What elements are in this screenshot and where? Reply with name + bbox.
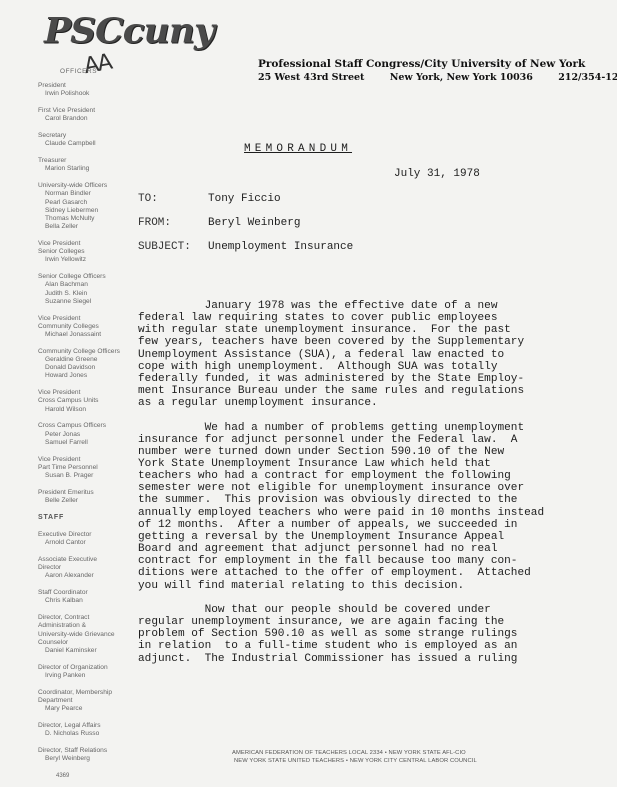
officers-name: Judith S. Klein [38, 290, 138, 298]
officers-name: Susan B. Prager [38, 472, 138, 480]
paragraph-2: We had a number of problems getting unem… [138, 422, 613, 592]
officers-title: Vice President [38, 389, 138, 397]
staff-list: Executive DirectorArnold CantorAssociate… [38, 531, 138, 763]
officers-title: Part Time Personnel [38, 464, 138, 472]
officers-name: Irwin Polishook [38, 90, 138, 98]
officers-name: Geraldine Greene [38, 356, 138, 364]
officers-title: First Vice President [38, 107, 138, 115]
phone-number: 212/354-1252 [558, 72, 617, 83]
officers-name: Bella Zeller [38, 223, 138, 231]
to-row: TO:Tony Ficcio [138, 193, 281, 205]
officers-entry: University-wide OfficersNorman BindlerPe… [38, 182, 138, 231]
officers-name: Claude Campbell [38, 140, 138, 148]
street-address: 25 West 43rd Street [258, 72, 364, 83]
officers-title: Vice President [38, 315, 138, 323]
to-value: Tony Ficcio [208, 193, 281, 205]
memo-body: January 1978 was the effective date of a… [138, 300, 613, 677]
staff-title: Director, Contract [38, 614, 138, 622]
memo-title: MEMORANDUM [244, 143, 352, 155]
officers-name: Donald Davidson [38, 364, 138, 372]
staff-entry: Director of OrganizationIrving Panken [38, 664, 138, 680]
officers-sidebar: Officers PresidentIrwin PolishookFirst V… [38, 68, 138, 780]
staff-name: Chris Kalban [38, 597, 138, 605]
staff-title: Director of Organization [38, 664, 138, 672]
officers-entry: Vice PresidentSenior CollegesIrwin Yello… [38, 240, 138, 265]
officers-heading: Officers [38, 68, 138, 76]
from-value: Beryl Weinberg [208, 217, 300, 229]
officers-name: Marion Starling [38, 165, 138, 173]
officers-entry: Cross Campus OfficersPeter JonasSamuel F… [38, 422, 138, 447]
affiliations-footer: AMERICAN FEDERATION OF TEACHERS LOCAL 23… [232, 750, 477, 765]
staff-title: University-wide Grievance [38, 631, 138, 639]
officers-entry: Vice PresidentPart Time PersonnelSusan B… [38, 456, 138, 481]
from-row: FROM:Beryl Weinberg [138, 217, 300, 229]
officers-name: Norman Bindler [38, 190, 138, 198]
subject-value: Unemployment Insurance [208, 241, 353, 253]
staff-entry: Coordinator, MembershipDepartmentMary Pe… [38, 689, 138, 714]
officers-title: Vice President [38, 456, 138, 464]
staff-name: Aaron Alexander [38, 572, 138, 580]
footer-line-2: NEW YORK STATE UNITED TEACHERS • NEW YOR… [232, 758, 477, 766]
staff-entry: Associate ExecutiveDirectorAaron Alexand… [38, 556, 138, 581]
officers-name: Howard Jones [38, 372, 138, 380]
memo-page: PSCcuny AA Professional Staff Congress/C… [0, 0, 617, 787]
to-label: TO: [138, 193, 208, 205]
from-label: FROM: [138, 217, 208, 229]
staff-title: Associate Executive [38, 556, 138, 564]
officers-entry: Vice PresidentCross Campus UnitsHarold W… [38, 389, 138, 414]
officers-title: Community College Officers [38, 348, 138, 356]
officers-list: PresidentIrwin PolishookFirst Vice Presi… [38, 82, 138, 505]
officers-name: Peter Jonas [38, 431, 138, 439]
staff-entry: Director, Legal AffairsD. Nicholas Russo [38, 722, 138, 738]
staff-entry: Staff CoordinatorChris Kalban [38, 589, 138, 605]
officers-title: Secretary [38, 132, 138, 140]
officers-name: Harold Wilson [38, 406, 138, 414]
staff-name: Daniel Kaminsker [38, 647, 138, 655]
officers-entry: First Vice PresidentCarol Brandon [38, 107, 138, 123]
staff-title: Department [38, 697, 138, 705]
staff-title: Executive Director [38, 531, 138, 539]
officers-title: Vice President [38, 240, 138, 248]
subject-row: SUBJECT:Unemployment Insurance [138, 241, 353, 253]
memo-date: July 31, 1978 [394, 168, 480, 180]
officers-name: Michael Jonassaint [38, 331, 138, 339]
officers-name: Carol Brandon [38, 115, 138, 123]
staff-entry: Director, ContractAdministration &Univer… [38, 614, 138, 655]
staff-title: Administration & [38, 622, 138, 630]
staff-entry: Executive DirectorArnold Cantor [38, 531, 138, 547]
union-code: 4369 [38, 772, 138, 780]
paragraph-1: January 1978 was the effective date of a… [138, 300, 613, 409]
officers-entry: Senior College OfficersAlan BachmanJudit… [38, 273, 138, 306]
officers-entry: Vice PresidentCommunity CollegesMichael … [38, 315, 138, 340]
officers-title: President Emeritus [38, 489, 138, 497]
psc-cuny-logo: PSCcuny [44, 11, 214, 51]
officers-title: Cross Campus Units [38, 397, 138, 405]
officers-name: Thomas McNulty [38, 215, 138, 223]
staff-title: Director [38, 564, 138, 572]
staff-title: Staff Coordinator [38, 589, 138, 597]
officers-entry: PresidentIrwin Polishook [38, 82, 138, 98]
officers-title: Senior College Officers [38, 273, 138, 281]
staff-name: Beryl Weinberg [38, 755, 138, 763]
staff-title: Director, Staff Relations [38, 747, 138, 755]
staff-title: Counselor [38, 639, 138, 647]
officers-name: Sidney Liebermen [38, 207, 138, 215]
officers-name: Samuel Farrell [38, 439, 138, 447]
organization-name: Professional Staff Congress/City Univers… [258, 58, 585, 70]
officers-name: Alan Bachman [38, 281, 138, 289]
staff-entry: Director, Staff RelationsBeryl Weinberg [38, 747, 138, 763]
officers-title: University-wide Officers [38, 182, 138, 190]
city-address: New York, New York 10036 [390, 72, 533, 83]
officers-title: Senior Colleges [38, 248, 138, 256]
officers-entry: TreasurerMarion Starling [38, 157, 138, 173]
staff-name: Irving Panken [38, 672, 138, 680]
organization-address: 25 West 43rd Street New York, New York 1… [258, 72, 617, 83]
subject-label: SUBJECT: [138, 241, 208, 253]
officers-name: Irwin Yellowitz [38, 256, 138, 264]
footer-line-1: AMERICAN FEDERATION OF TEACHERS LOCAL 23… [232, 750, 477, 758]
staff-title: Coordinator, Membership [38, 689, 138, 697]
officers-name: Pearl Gasarch [38, 199, 138, 207]
officers-title: Cross Campus Officers [38, 422, 138, 430]
staff-name: D. Nicholas Russo [38, 730, 138, 738]
officers-entry: President EmeritusBelle Zeller [38, 489, 138, 505]
officers-title: Treasurer [38, 157, 138, 165]
officers-title: President [38, 82, 138, 90]
staff-title: Director, Legal Affairs [38, 722, 138, 730]
officers-name: Belle Zeller [38, 497, 138, 505]
staff-name: Arnold Cantor [38, 539, 138, 547]
officers-title: Community Colleges [38, 323, 138, 331]
officers-name: Suzanne Siegel [38, 298, 138, 306]
officers-entry: Community College OfficersGeraldine Gree… [38, 348, 138, 381]
staff-heading: STAFF [38, 514, 138, 522]
staff-name: Mary Pearce [38, 705, 138, 713]
officers-entry: SecretaryClaude Campbell [38, 132, 138, 148]
paragraph-3: Now that our people should be covered un… [138, 604, 613, 665]
